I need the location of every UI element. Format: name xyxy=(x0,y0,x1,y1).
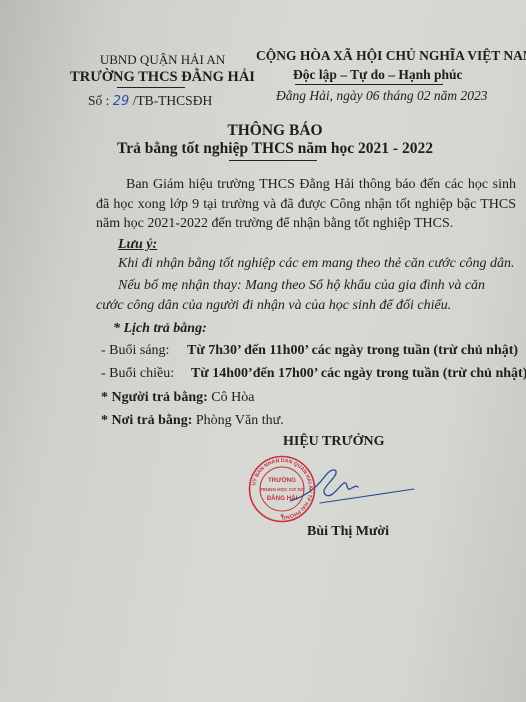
location-label: * Nơi trả bằng: xyxy=(101,413,192,428)
issuing-authority: UBND QUẬN HẢI AN xyxy=(70,52,255,68)
svg-text:★: ★ xyxy=(280,513,285,519)
school-name: TRƯỜNG THCS ĐẰNG HẢI xyxy=(64,69,261,86)
note-line: Nếu bố mẹ nhận thay: Mang theo Sổ hộ khẩ… xyxy=(96,276,516,315)
place-date: Đằng Hải, ngày 06 tháng 02 năm 2023 xyxy=(276,88,488,104)
schedule-row-morning: - Buổi sáng:Từ 7h30’ đến 11h00’ các ngày… xyxy=(101,343,518,359)
note-label: Lưu ý: xyxy=(118,237,157,253)
issuer-value: Cô Hòa xyxy=(208,390,255,405)
issuer-label: * Người trả bằng: xyxy=(101,390,208,405)
signer-title: HIỆU TRƯỞNG xyxy=(283,434,385,450)
number-prefix: Số : xyxy=(88,93,113,108)
divider xyxy=(295,84,443,85)
document-page: UBND QUẬN HẢI AN TRƯỜNG THCS ĐẰNG HẢI Số… xyxy=(0,0,526,702)
signature-icon xyxy=(290,465,420,515)
national-motto: Độc lập – Tự do – Hạnh phúc xyxy=(293,67,463,83)
issuer-row: * Người trả bằng: Cô Hòa xyxy=(101,390,254,406)
note-line: Khi đi nhận bằng tốt nghiệp các em mang … xyxy=(118,256,515,272)
schedule-label: * Lịch trả bằng: xyxy=(113,321,207,337)
schedule-slot-time: Từ 7h30’ đến 11h00’ các ngày trong tuần … xyxy=(187,343,518,358)
schedule-slot-time: Từ 14h00’đến 17h00’ các ngày trong tuần … xyxy=(191,366,526,381)
schedule-slot-label: - Buổi chiều: xyxy=(101,366,191,382)
document-number: Số : 29 /TB-THCSĐH xyxy=(88,93,212,109)
location-value: Phòng Văn thư. xyxy=(192,413,283,428)
handwritten-number: 29 xyxy=(113,94,130,109)
divider xyxy=(229,160,317,161)
signer-name: Bùi Thị Mười xyxy=(307,524,389,540)
document-title: THÔNG BÁO xyxy=(100,122,450,140)
location-row: * Nơi trả bằng: Phòng Văn thư. xyxy=(101,413,284,429)
schedule-row-afternoon: - Buổi chiều:Từ 14h00’đến 17h00’ các ngà… xyxy=(101,366,526,382)
national-title: CỘNG HÒA XÃ HỘI CHỦ NGHĨA VIỆT NAM xyxy=(256,48,526,64)
document-subtitle: Trả bằng tốt nghiệp THCS năm học 2021 - … xyxy=(100,140,450,158)
divider xyxy=(117,87,185,88)
number-suffix: /TB-THCSĐH xyxy=(129,93,212,108)
intro-paragraph: Ban Giám hiệu trường THCS Đằng Hải thông… xyxy=(96,175,516,234)
schedule-slot-label: - Buổi sáng: xyxy=(101,343,187,359)
